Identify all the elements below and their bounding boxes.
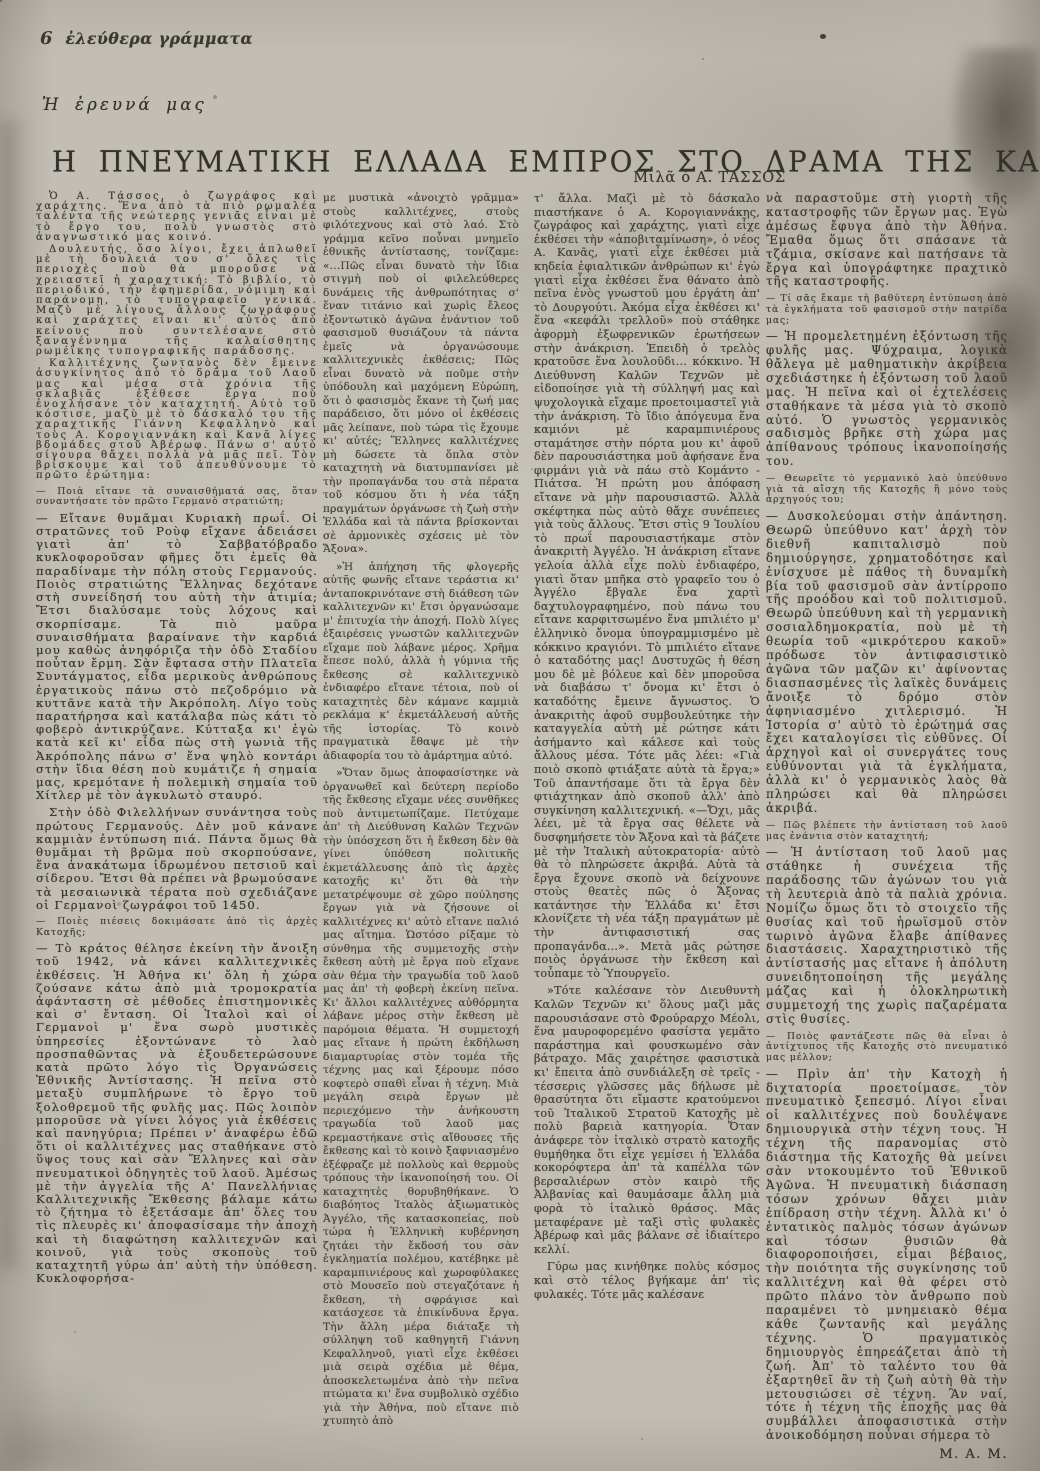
article-intro: Ὁ Α. Τάσσος, ὁ ζωγράφος καὶ χαράχτης. Ἕν… [36,192,318,482]
article-headline: Η ΠΝΕΥΜΑΤΙΚΗ ΕΛΛΑΔΑ ΕΜΠΡΟΣ ΣΤΟ ΔΡΑΜΑ ΤΗΣ… [52,145,988,179]
interview-question: — Ποιὰ εἴτανε τὰ συναισθήματά σας, ὅταν … [36,487,318,508]
paragraph: Γύρω μας κινήθηκε πολὺς κόσμος καὶ στὸ τ… [534,1260,760,1301]
interview-question: — Θεωρεῖτε τὸ γερμανικὸ λαὸ ὑπεύθυνο γιὰ… [766,474,1008,506]
publication-title: ἐλεύθερα γράμματα [66,29,254,48]
paragraph: — Εἴτανε θυμᾶμαι Κυριακὴ πρωΐ. Οἱ στρατῶ… [36,512,318,802]
author-initials: Μ. Α. Μ. [766,1447,1008,1462]
paragraph: — Τὸ κράτος θέλησε ἐκείνη τὴν ἄνοιξη τοῦ… [36,942,318,1285]
text-column-3: τ' ἄλλα. Μαζὶ μὲ τὸ δάσκαλο πιαστήκανε ὁ… [534,192,760,1305]
interview-question: — Τί σᾶς ἔκαμε τὴ βαθύτερη ἐντύπωση ἀπὸ … [766,294,1008,326]
interview-answer: — Τὸ κράτος θέλησε ἐκείνη τὴν ἄνοιξη τοῦ… [36,942,318,1285]
interview-question: — Ποιὲς πιέσεις δοκιμάσατε ἀπὸ τὶς ἀρχὲς… [36,917,318,938]
paragraph: — Ἡ ἀντίσταση τοῦ λαοῦ μας στάθηκε ἡ συν… [766,846,1008,1027]
page-number: 6 [40,28,53,49]
page-header: 6 ἐλεύθερα γράμματα [40,28,253,49]
text-column-1: Ὁ Α. Τάσσος, ὁ ζωγράφος καὶ χαράχτης. Ἕν… [36,192,318,1289]
paragraph: Στὴν ὁδὸ Φιλελλήνων συνάντησα τοὺς πρώτο… [36,806,318,912]
paragraph: »Ὅταν ὅμως ἀποφασίστηκε νὰ ὀργανωθεῖ καὶ… [323,767,519,1429]
scan-edge-shadow-left [0,120,26,1270]
interview-answer: — Εἴτανε θυμᾶμαι Κυριακὴ πρωΐ. Οἱ στρατῶ… [36,512,318,912]
text-column-2: με μυστικὰ «ἀνοιχτὸ γρᾶμμα» στοὺς καλλιτ… [323,192,519,1433]
paragraph: Δουλευτής, ὅσο λίγοι, ἔχει ἁπλωθεῖ μὲ τὴ… [36,245,318,357]
paragraph: νὰ παραστοῦμε στὴ γιορτὴ τῆς καταστροφῆς… [766,192,1008,289]
paragraph: Καλλιτέχνης ζωντανὸς δὲν ἔμεινε ἀσυγκίνη… [36,359,318,481]
paragraph: τ' ἄλλα. Μαζὶ μὲ τὸ δάσκαλο πιαστήκανε ὁ… [534,192,760,980]
interview-question: — Ποιὸς φαντάζεστε πῶς θὰ εἶναι ὁ ἀντίχτ… [766,1032,1008,1064]
paragraph: — Πρὶν ἀπ' τὴν Κατοχὴ ἡ διχτατορία προετ… [766,1068,1008,1443]
paragraph: — Δυσκολεύομαι στὴν ἀπάντηση. Θεωρῶ ὑπεύ… [766,510,1008,816]
interview-question: — Πῶς βλέπετε τὴν ἀντίσταση τοῦ λαοῦ μας… [766,821,1008,842]
ink-specks [0,0,2,2]
text-column-4: νὰ παραστοῦμε στὴ γιορτὴ τῆς καταστροφῆς… [766,192,1008,1466]
byline: Μιλᾶ ὁ Α. ΤΑΣΣΟΣ [620,170,786,186]
newspaper-page: 6 ἐλεύθερα γράμματα Ἡ ἐρευνά μας Η ΠΝΕΥΜ… [0,0,1040,1471]
section-kicker: Ἡ ἐρευνά μας [42,95,207,114]
paragraph: — Ἡ προμελετημένη ἐξόντωση τῆς φυλῆς μας… [766,330,1008,469]
paragraph: »Τότε καλέσανε τὸν Διευθυντὴ Καλῶν Τεχνῶ… [534,984,760,1256]
stain-bottom-left [0,1368,150,1471]
paragraph: Ὁ Α. Τάσσος, ὁ ζωγράφος καὶ χαράχτης. Ἕν… [36,192,318,243]
paragraph: »Ἡ ἀπήχηση τῆς φλογερῆς αὐτῆς φωνῆς εἴτα… [323,561,519,764]
ink-dot [820,34,826,39]
paragraph: με μυστικὰ «ἀνοιχτὸ γρᾶμμα» στοὺς καλλιτ… [323,192,519,557]
